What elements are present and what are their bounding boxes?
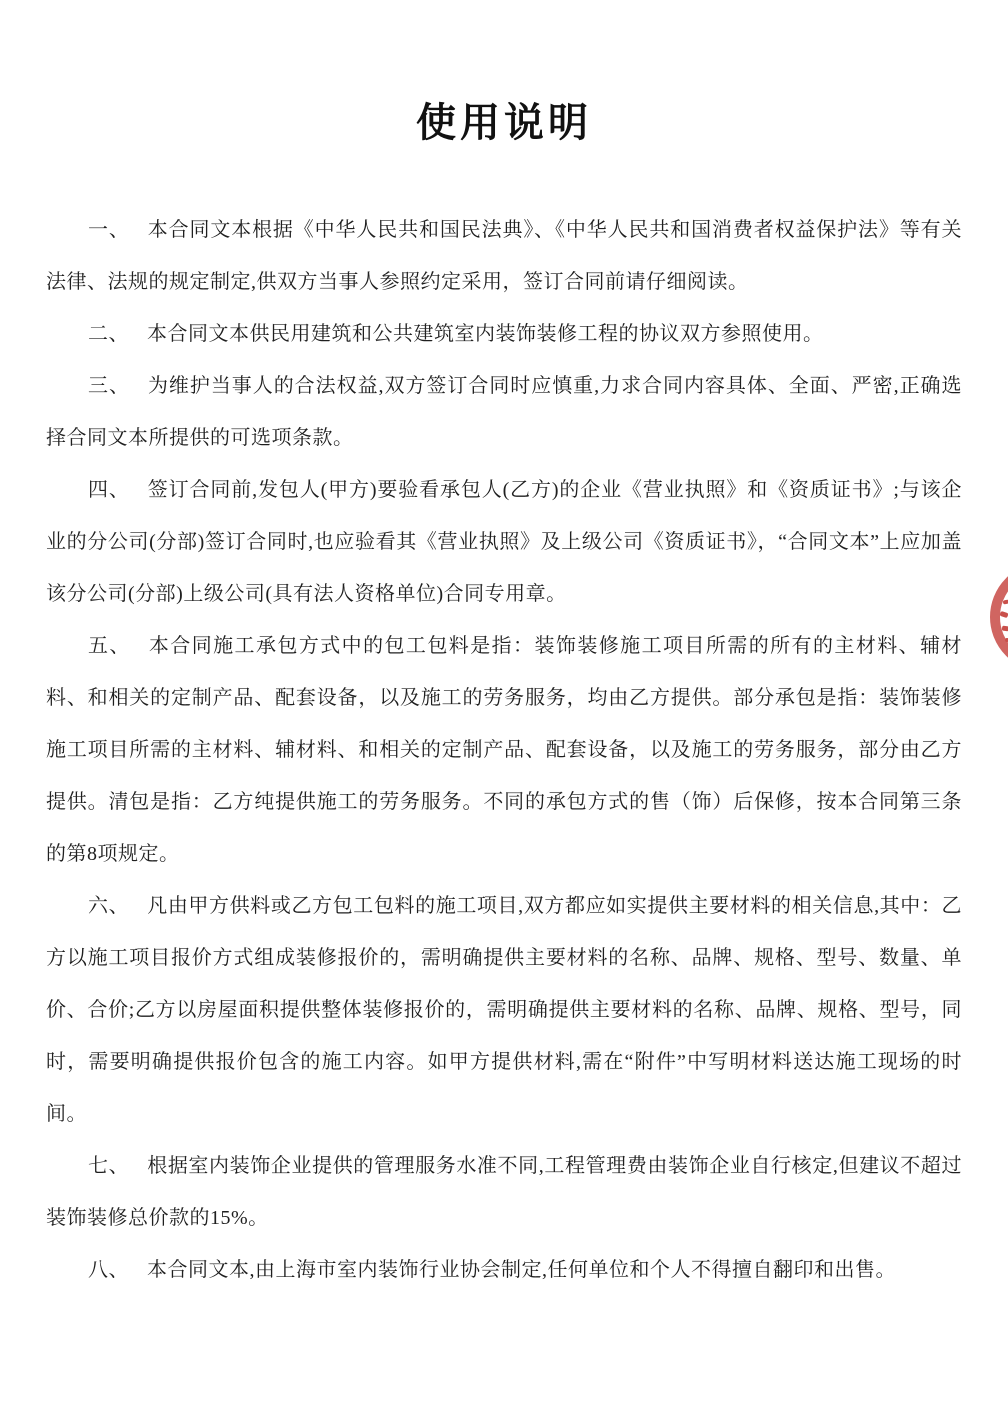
paragraph-8: 八、本合同文本,由上海市室内装饰行业协会制定,任何单位和个人不得擅自翻印和出售。 xyxy=(46,1244,962,1296)
paragraph-number: 三、 xyxy=(88,375,130,397)
document-body: 一、本合同文本根据《中华人民共和国民法典》、《中华人民共和国消费者权益保护法》等… xyxy=(46,204,962,1296)
paragraph-5: 五、本合同施工承包方式中的包工包料是指：装饰装修施工项目所需的所有的主材料、辅材… xyxy=(46,620,962,880)
paragraph-6: 六、凡由甲方供料或乙方包工包料的施工项目,双方都应如实提供主要材料的相关信息,其… xyxy=(46,880,962,1140)
paragraph-text: 为维护当事人的合法权益,双方签订合同时应慎重,力求合同内容具体、全面、严密,正确… xyxy=(46,375,962,449)
paragraph-text: 本合同文本供民用建筑和公共建筑室内装饰装修工程的协议双方参照使用。 xyxy=(147,323,824,345)
paragraph-text: 本合同文本根据《中华人民共和国民法典》、《中华人民共和国消费者权益保护法》等有关… xyxy=(46,219,962,293)
paragraph-number: 八、 xyxy=(88,1259,129,1281)
paragraph-text: 根据室内装饰企业提供的管理服务水准不同,工程管理费由装饰企业自行核定,但建议不超… xyxy=(46,1155,962,1229)
paragraph-4: 四、签订合同前,发包人(甲方)要验看承包人(乙方)的企业《营业执照》和《资质证书… xyxy=(46,464,962,620)
paragraph-number: 七、 xyxy=(88,1155,129,1177)
paragraph-2: 二、本合同文本供民用建筑和公共建筑室内装饰装修工程的协议双方参照使用。 xyxy=(46,308,962,360)
red-seal-fragment xyxy=(1002,626,1008,632)
page-title: 使用说明 xyxy=(0,0,1008,151)
paragraph-text: 本合同文本,由上海市室内装饰行业协会制定,任何单位和个人不得擅自翻印和出售。 xyxy=(147,1259,896,1281)
paragraph-text: 签订合同前,发包人(甲方)要验看承包人(乙方)的企业《营业执照》和《资质证书》;… xyxy=(46,479,962,605)
paragraph-number: 一、 xyxy=(88,219,130,241)
paragraph-number: 五、 xyxy=(88,635,131,657)
paragraph-text: 本合同施工承包方式中的包工包料是指：装饰装修施工项目所需的所有的主材料、辅材料、… xyxy=(46,635,962,865)
paragraph-text: 凡由甲方供料或乙方包工包料的施工项目,双方都应如实提供主要材料的相关信息,其中：… xyxy=(46,895,962,1125)
paragraph-number: 二、 xyxy=(88,323,129,345)
paragraph-3: 三、为维护当事人的合法权益,双方签订合同时应慎重,力求合同内容具体、全面、严密,… xyxy=(46,360,962,464)
document-page: 使用说明 一、本合同文本根据《中华人民共和国民法典》、《中华人民共和国消费者权益… xyxy=(0,0,1008,1428)
paragraph-number: 四、 xyxy=(88,479,130,501)
paragraph-number: 六、 xyxy=(88,895,129,917)
paragraph-1: 一、本合同文本根据《中华人民共和国民法典》、《中华人民共和国消费者权益保护法》等… xyxy=(46,204,962,308)
paragraph-7: 七、根据室内装饰企业提供的管理服务水准不同,工程管理费由装饰企业自行核定,但建议… xyxy=(46,1140,962,1244)
